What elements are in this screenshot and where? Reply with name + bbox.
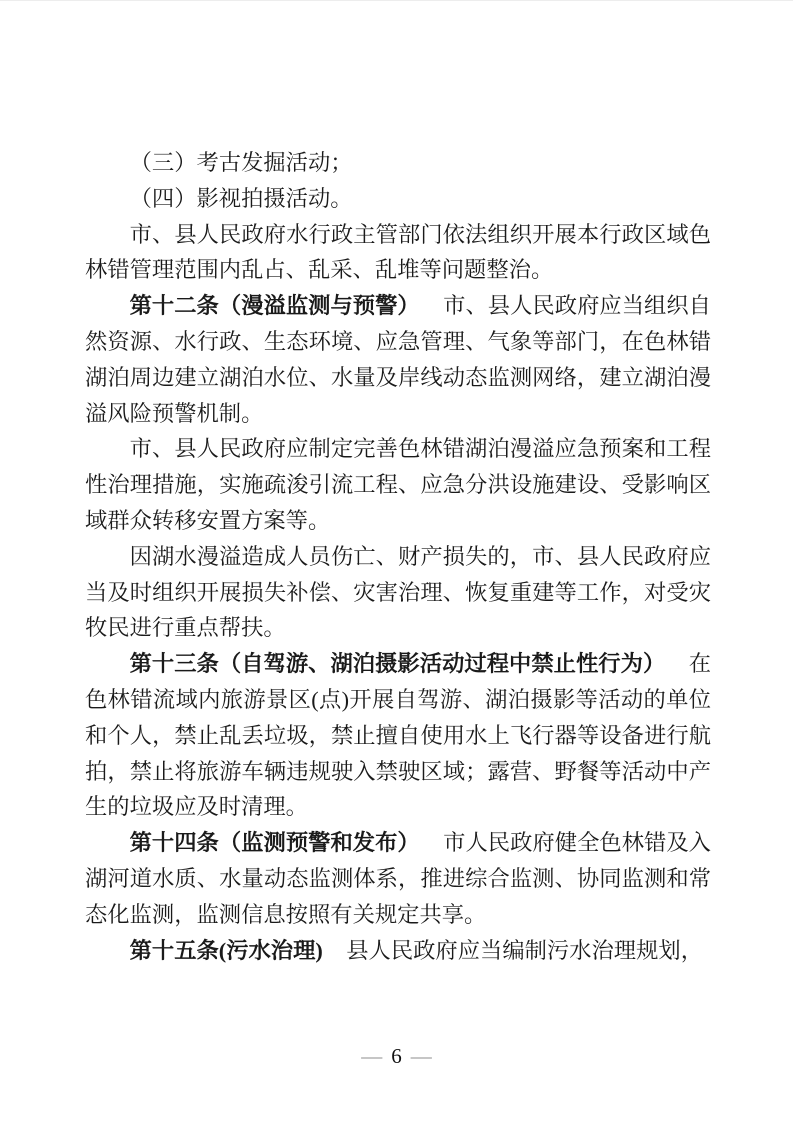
document-body: （三）考古发掘活动；（四）影视拍摄活动。市、县人民政府水行政主管部门依法组织开展… [85, 145, 711, 968]
paragraph: 第十二条（漫溢监测与预警）市、县人民政府应当组织自然资源、水行政、生态环境、应急… [85, 288, 711, 431]
paragraph: 第十五条(污水治理)县人民政府应当编制污水治理规划， [85, 933, 711, 969]
paragraph: （四）影视拍摄活动。 [85, 181, 711, 217]
paragraph-text: （三）考古发掘活动； [130, 150, 353, 175]
paragraph: 市、县人民政府水行政主管部门依法组织开展本行政区域色林错管理范围内乱占、乱采、乱… [85, 217, 711, 289]
footer-dash-right: — [411, 1044, 432, 1068]
document-page: （三）考古发掘活动；（四）影视拍摄活动。市、县人民政府水行政主管部门依法组织开展… [0, 0, 793, 1122]
paragraph-text: 市、县人民政府应制定完善色林错湖泊漫溢应急预案和工程性治理措施，实施疏浚引流工程… [85, 436, 711, 533]
paragraph: 市、县人民政府应制定完善色林错湖泊漫溢应急预案和工程性治理措施，实施疏浚引流工程… [85, 431, 711, 538]
footer-dash-left: — [361, 1044, 382, 1068]
paragraph-text: 因湖水漫溢造成人员伤亡、财产损失的，市、县人民政府应当及时组织开展损失补偿、灾害… [85, 544, 711, 641]
paragraph-text: 市、县人民政府水行政主管部门依法组织开展本行政区域色林错管理范围内乱占、乱采、乱… [85, 222, 711, 283]
paragraph: （三）考古发掘活动； [85, 145, 711, 181]
paragraph-text: 县人民政府应当编制污水治理规划， [346, 938, 703, 963]
page-footer: —6— [0, 1041, 793, 1071]
paragraph: 第十四条（监测预警和发布）市人民政府健全色林错及入湖河道水质、水量动态监测体系，… [85, 825, 711, 932]
paragraph-text: （四）影视拍摄活动。 [130, 186, 353, 211]
article-heading: 第十三条（自驾游、湖泊摄影活动过程中禁止性行为） [130, 651, 666, 676]
paragraph-text: 在色林错流域内旅游景区(点)开展自驾游、湖泊摄影等活动的单位和个人，禁止乱丢垃圾… [85, 651, 711, 819]
article-heading: 第十四条（监测预警和发布） [130, 830, 420, 855]
article-heading: 第十二条（漫溢监测与预警） [130, 293, 420, 318]
page-number: 6 [391, 1044, 402, 1068]
article-heading: 第十五条(污水治理) [130, 938, 323, 963]
paragraph: 第十三条（自驾游、湖泊摄影活动过程中禁止性行为）在色林错流域内旅游景区(点)开展… [85, 646, 711, 825]
paragraph: 因湖水漫溢造成人员伤亡、财产损失的，市、县人民政府应当及时组织开展损失补偿、灾害… [85, 539, 711, 646]
